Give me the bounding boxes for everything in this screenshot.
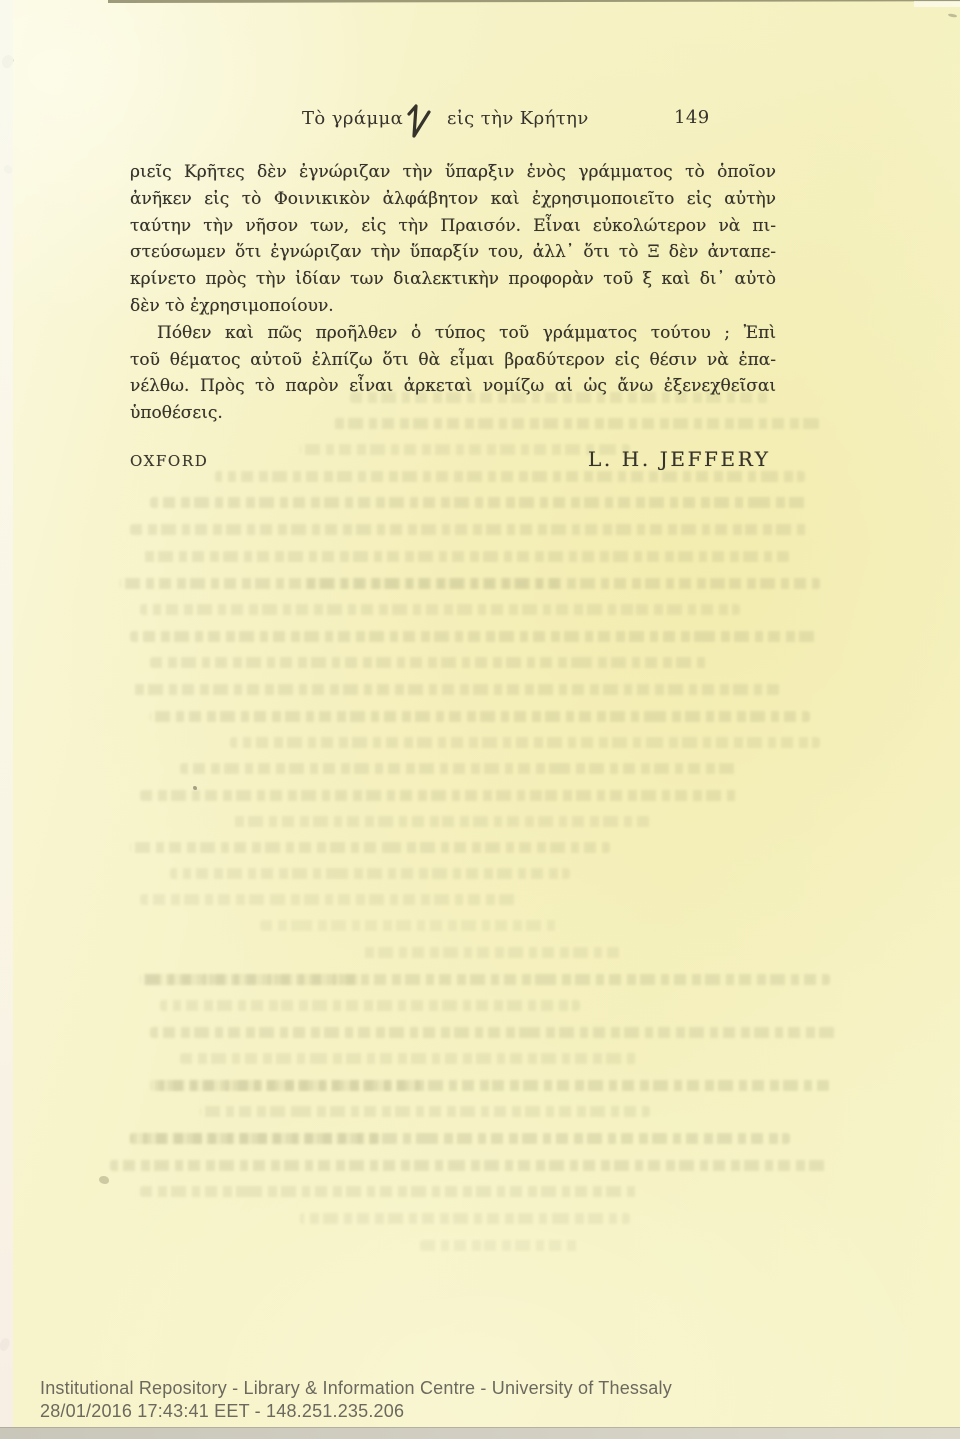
signoff-author: L. H. JEFFERY [588, 447, 771, 471]
stamp-timestamp-line: 28/01/2016 17:43:41 EET - 148.251.235.20… [40, 1400, 672, 1423]
text-line: ἀνῆκεν εἰς τὸ Φοινικικὸν ἀλφάβητον καὶ ἐ… [130, 186, 776, 213]
text-line: στεύσωμεν ὅτι ἐγνώριζαν τὴν ὕπαρξίν του,… [130, 239, 776, 266]
repository-stamp: Institutional Repository - Library & Inf… [40, 1377, 672, 1422]
signoff-place: OXFORD [130, 452, 208, 470]
text-line: ριεῖς Κρῆτες δὲν ἐγνώριζαν τὴν ὕπαρξιν ἑ… [130, 159, 776, 186]
scan-bottom-edge [0, 1427, 960, 1439]
archaic-letter-glyph [404, 103, 434, 145]
text-line: τοῦ θέματος αὐτοῦ ἐλπίζω ὅτι θὰ εἶμαι βρ… [130, 347, 776, 374]
page-top-edge-highlight [914, 1, 960, 7]
text-line: ταύτην τὴν νῆσον των, εἰς τὴν Πραισόν. Ε… [130, 213, 776, 240]
body-text: ριεῖς Κρῆτες δὲν ἐγνώριζαν τὴν ὕπαρξιν ἑ… [130, 159, 776, 427]
running-title-left: Τὸ γράμμα [302, 108, 403, 129]
scan-left-margin [0, 0, 13, 1439]
stamp-institution-line: Institutional Repository - Library & Inf… [40, 1377, 672, 1400]
text-line: νέλθω. Πρὸς τὸ παρὸν εἶναι ἀρκεταὶ νομίζ… [130, 373, 776, 400]
text-line: ὑποθέσεις. [130, 400, 776, 427]
text-line: Πόθεν καὶ πῶς προῆλθεν ὁ τύπος τοῦ γράμμ… [130, 320, 776, 347]
text-line: δὲν τὸ ἐχρησιμοποίουν. [130, 293, 776, 320]
text-line: κρίνετο πρὸς τὴν ἰδίαν των διαλεκτικὴν π… [130, 266, 776, 293]
running-title-right: εἰς τὴν Κρήτην [447, 108, 589, 129]
page-number: 149 [674, 107, 710, 128]
